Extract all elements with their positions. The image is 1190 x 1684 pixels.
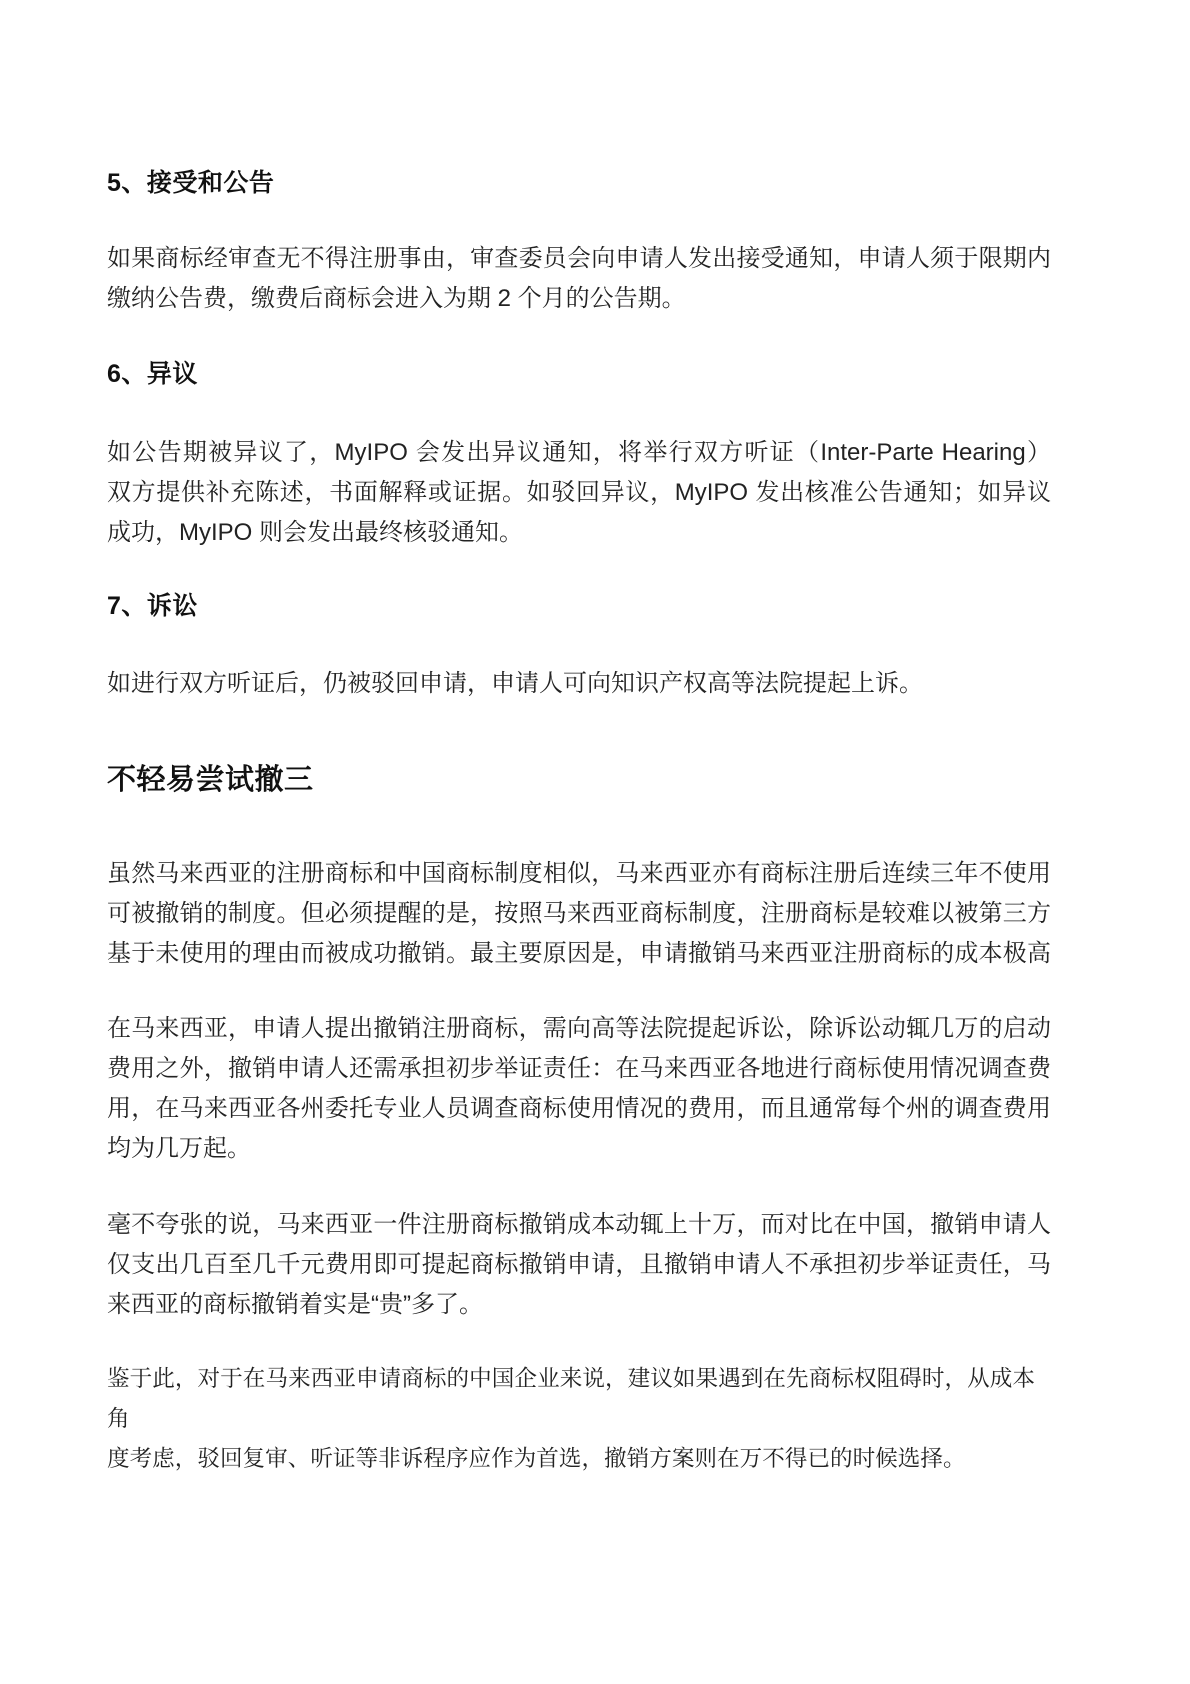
text-line: 毫不夸张的说，马来西亚一件注册商标撤销成本动辄上十万，而对比在中国，撤销申请人 [107, 1205, 1051, 1245]
text-line: 虽然马来西亚的注册商标和中国商标制度相似，马来西亚亦有商标注册后连续三年不使用 [107, 854, 1051, 894]
text-line: 仅支出几百至几千元费用即可提起商标撤销申请，且撤销申请人不承担初步举证责任，马 [107, 1245, 1051, 1285]
section-heading-opposition: 6、异议 [107, 358, 198, 390]
text-line: 双方提供补充陈述，书面解释或证据。如驳回异议，MyIPO 发出核准公告通知；如异… [107, 473, 1051, 513]
paragraph-cancellation-overview: 虽然马来西亚的注册商标和中国商标制度相似，马来西亚亦有商标注册后连续三年不使用 … [107, 854, 1051, 974]
text-line: 基于未使用的理由而被成功撤销。最主要原因是，申请撤销马来西亚注册商标的成本极高 [107, 934, 1051, 974]
text-line: 如公告期被异议了，MyIPO 会发出异议通知，将举行双方听证（Inter-Par… [107, 433, 1051, 473]
text-line: 鉴于此，对于在马来西亚申请商标的中国企业来说，建议如果遇到在先商标权阻碍时，从成… [107, 1359, 1035, 1439]
section-heading-litigation: 7、诉讼 [107, 590, 198, 622]
text-line: 如果商标经审查无不得注册事由，审查委员会向申请人发出接受通知，申请人须于限期内 [107, 239, 1051, 279]
text-line: 来西亚的商标撤销着实是“贵”多了。 [107, 1285, 1051, 1325]
text-line: 缴纳公告费，缴费后商标会进入为期 2 个月的公告期。 [107, 279, 1051, 319]
section-heading-non-use-cancellation: 不轻易尝试撤三 [107, 762, 314, 798]
text-line: 度考虑，驳回复审、听证等非诉程序应作为首选，撤销方案则在万不得已的时候选择。 [107, 1439, 1035, 1479]
text-line: 可被撤销的制度。但必须提醒的是，按照马来西亚商标制度，注册商标是较难以被第三方 [107, 894, 1051, 934]
text-line: 均为几万起。 [107, 1129, 1051, 1169]
text-line: 成功，MyIPO 则会发出最终核驳通知。 [107, 513, 1051, 553]
text-line: 在马来西亚，申请人提出撤销注册商标，需向高等法院提起诉讼，除诉讼动辄几万的启动 [107, 1009, 1051, 1049]
document-page: 5、接受和公告 如果商标经审查无不得注册事由，审查委员会向申请人发出接受通知，申… [0, 0, 1190, 1684]
section-heading-acceptance: 5、接受和公告 [107, 167, 274, 199]
text-line: 费用之外，撤销申请人还需承担初步举证责任：在马来西亚各地进行商标使用情况调查费 [107, 1049, 1051, 1089]
paragraph-cost-comparison: 毫不夸张的说，马来西亚一件注册商标撤销成本动辄上十万，而对比在中国，撤销申请人 … [107, 1205, 1051, 1325]
text-line: 如进行双方听证后，仍被驳回申请，申请人可向知识产权高等法院提起上诉。 [107, 664, 1051, 704]
paragraph-cancellation-cost: 在马来西亚，申请人提出撤销注册商标，需向高等法院提起诉讼，除诉讼动辄几万的启动 … [107, 1009, 1051, 1169]
text-line: 用，在马来西亚各州委托专业人员调查商标使用情况的费用，而且通常每个州的调查费用 [107, 1089, 1051, 1129]
paragraph-recommendation: 鉴于此，对于在马来西亚申请商标的中国企业来说，建议如果遇到在先商标权阻碍时，从成… [107, 1359, 1035, 1479]
paragraph-litigation: 如进行双方听证后，仍被驳回申请，申请人可向知识产权高等法院提起上诉。 [107, 664, 1051, 704]
paragraph-opposition: 如公告期被异议了，MyIPO 会发出异议通知，将举行双方听证（Inter-Par… [107, 433, 1051, 553]
paragraph-acceptance: 如果商标经审查无不得注册事由，审查委员会向申请人发出接受通知，申请人须于限期内 … [107, 239, 1051, 319]
